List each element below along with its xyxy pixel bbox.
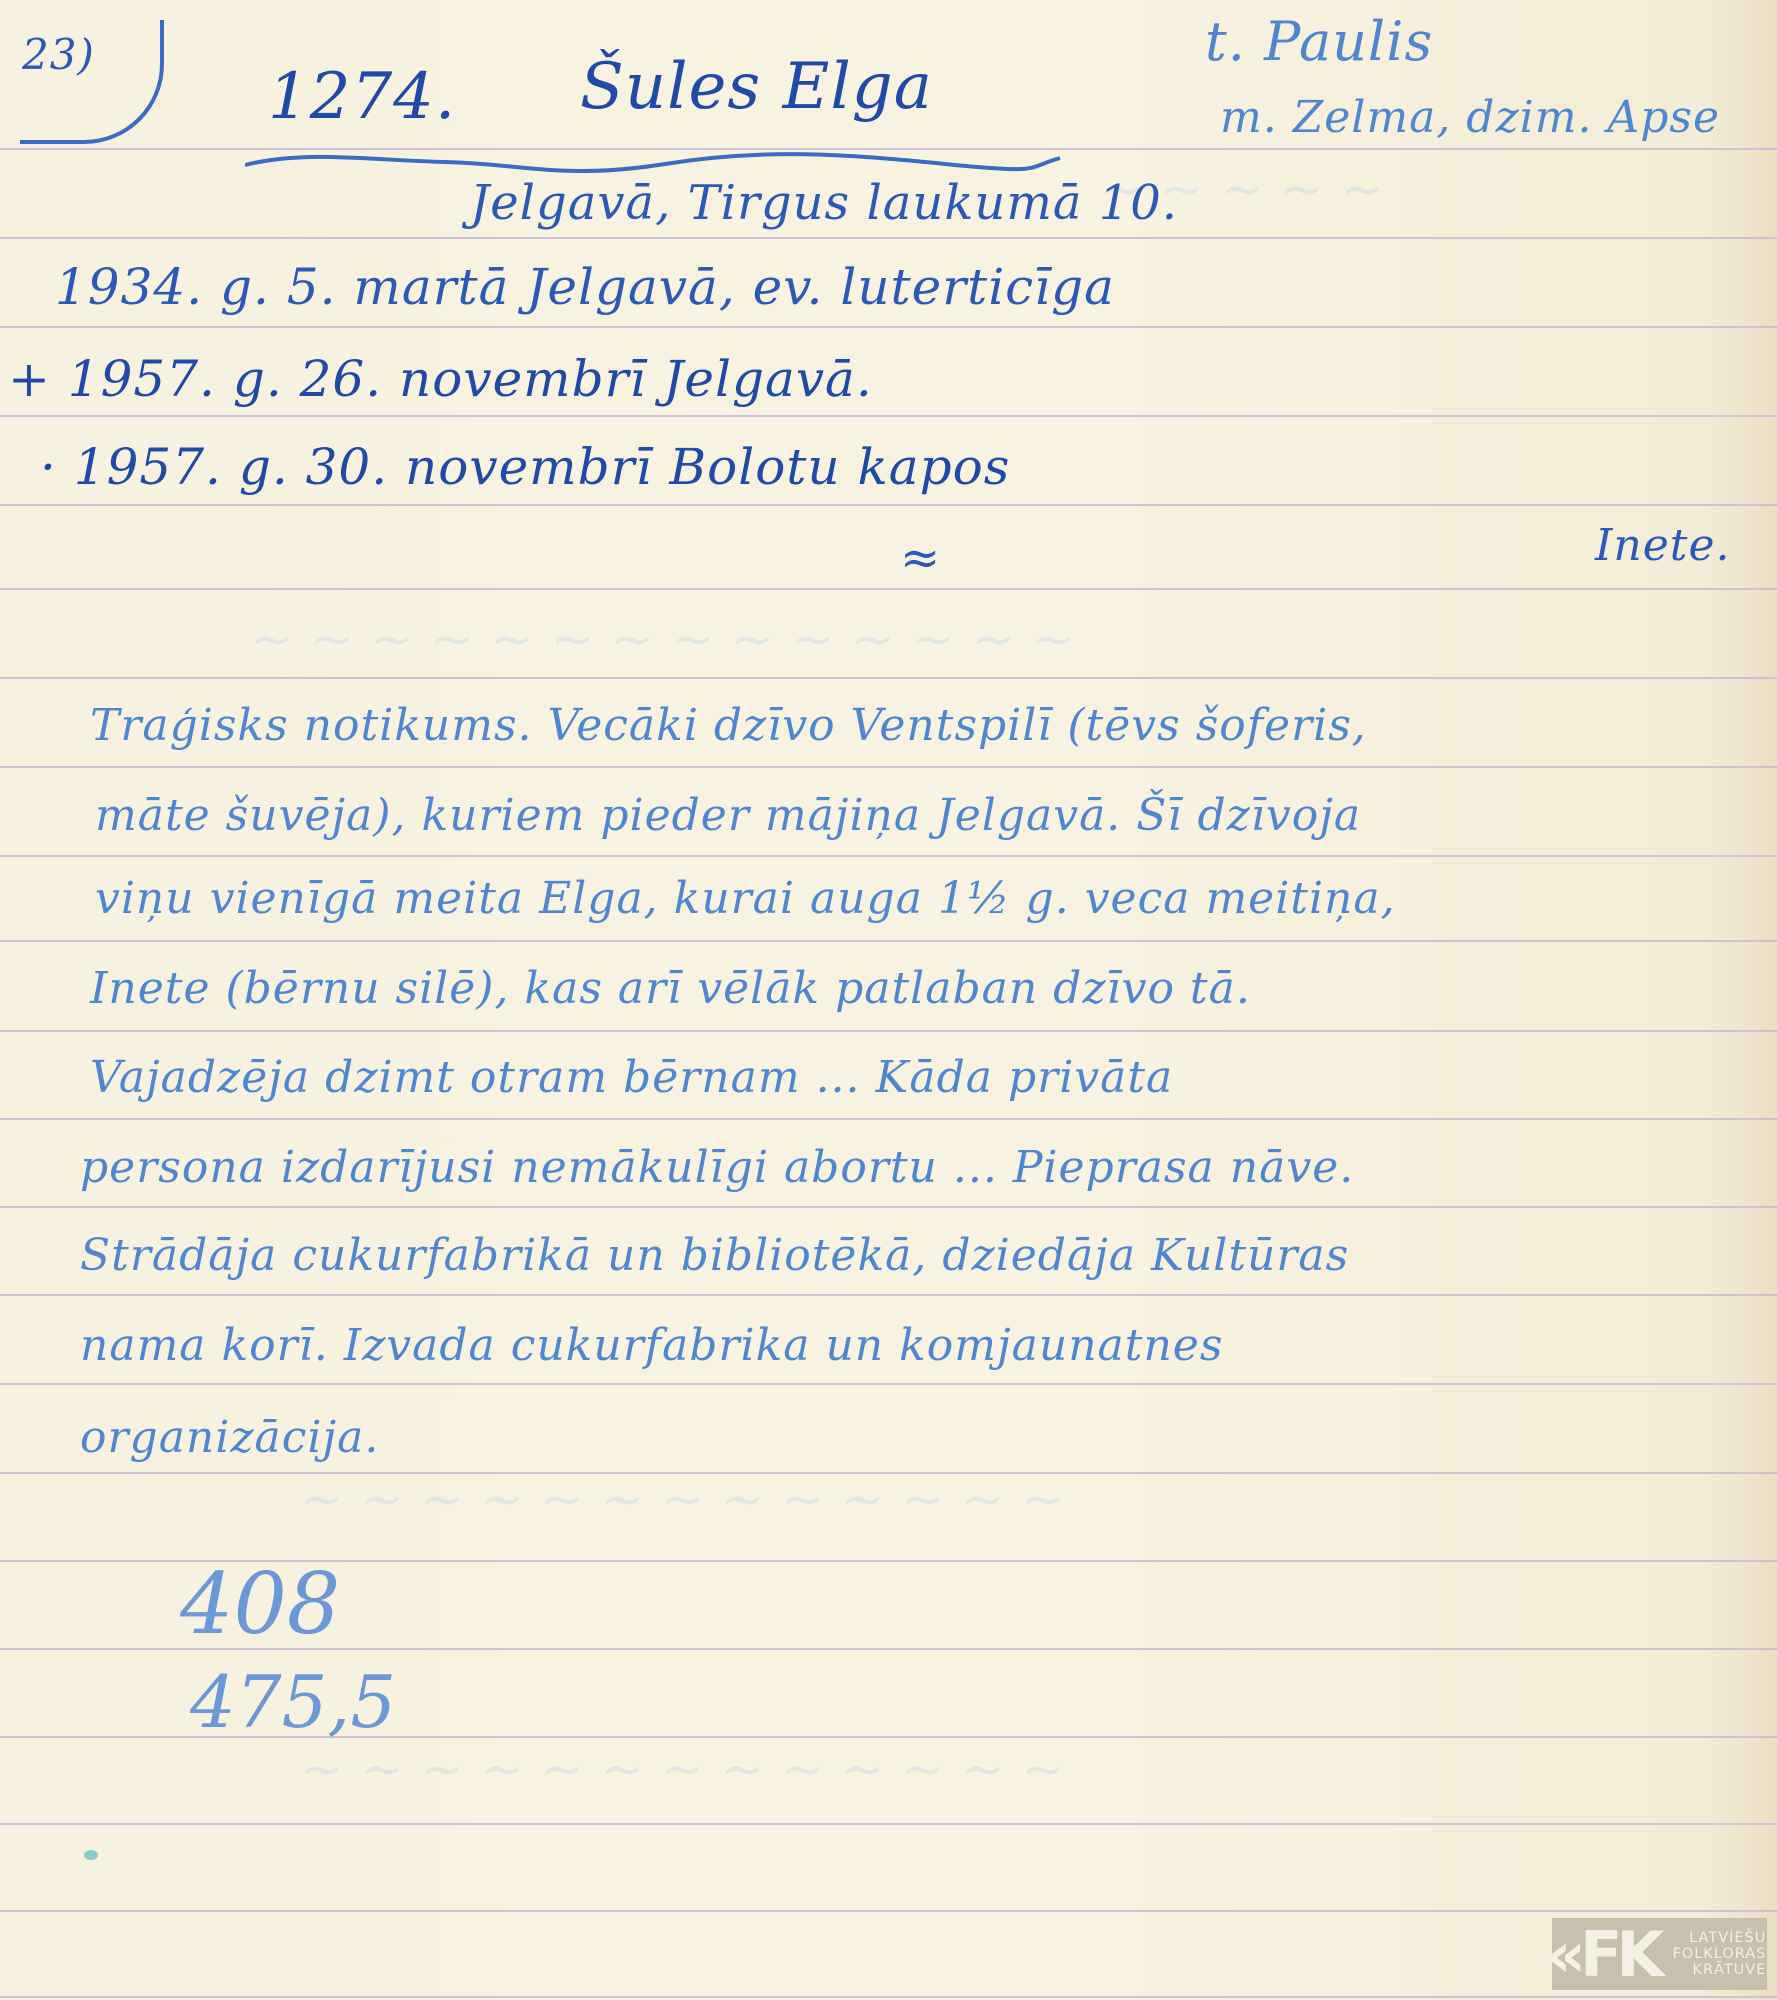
body-line: nama korī. Izvada cukurfabrika un komjau… bbox=[80, 1320, 1223, 1371]
approx-sign: ≈ bbox=[900, 530, 941, 586]
ruled-line bbox=[0, 1996, 1777, 1998]
ruled-line bbox=[0, 1383, 1777, 1385]
death-record: + 1957. g. 26. novembrī Jelgavā. bbox=[8, 350, 873, 408]
burial-record: · 1957. g. 30. novembrī Bolotu kapos bbox=[40, 438, 1010, 496]
ruled-line bbox=[0, 504, 1777, 506]
father-name: t. Paulis bbox=[1205, 10, 1433, 73]
ruled-line bbox=[0, 766, 1777, 768]
bleed-through-text: ~ ~ ~ ~ ~ ~ ~ ~ ~ ~ ~ ~ ~ bbox=[300, 1740, 1065, 1800]
ruled-line bbox=[0, 415, 1777, 417]
ruled-line bbox=[0, 1910, 1777, 1912]
archive-name: LATVIEŠU FOLKLORAS KRĀTUVE bbox=[1672, 1930, 1766, 1978]
body-line: Strādāja cukurfabrikā un bibliotēkā, dzi… bbox=[80, 1230, 1349, 1281]
person-name: Šules Elga bbox=[580, 50, 933, 124]
entry-number: 1274. bbox=[268, 60, 456, 134]
ruled-line bbox=[0, 1206, 1777, 1208]
archive-name-line: FOLKLORAS bbox=[1672, 1946, 1766, 1962]
archive-name-line: LATVIEŠU bbox=[1672, 1930, 1766, 1946]
ruled-line bbox=[0, 1118, 1777, 1120]
body-line: organizācija. bbox=[80, 1412, 379, 1463]
ruled-line bbox=[0, 940, 1777, 942]
body-line: viņu vienīgā meita Elga, kurai auga 1½ g… bbox=[95, 873, 1396, 924]
archive-name-line: KRĀTUVE bbox=[1672, 1962, 1766, 1978]
notebook-page: ~ ~ ~ ~ ~ ~ ~ ~ ~ ~ ~ ~ ~ ~ ~ ~ ~ ~ ~ ~ … bbox=[0, 0, 1777, 2000]
lfk-logo-icon: «FK bbox=[1546, 1918, 1658, 1991]
ink-spot bbox=[84, 1850, 98, 1860]
bleed-through-text: ~ ~ ~ ~ ~ ~ ~ ~ ~ ~ ~ ~ ~ bbox=[300, 1470, 1065, 1530]
ruled-line bbox=[0, 677, 1777, 679]
pencil-number: 408 bbox=[180, 1555, 340, 1653]
body-line: māte šuvēja), kuriem pieder mājiņa Jelga… bbox=[95, 790, 1361, 841]
ruled-line bbox=[0, 588, 1777, 590]
ruled-line bbox=[0, 855, 1777, 857]
page-number: 23) bbox=[22, 30, 95, 79]
ruled-line bbox=[0, 326, 1777, 328]
birth-record: 1934. g. 5. martā Jelgavā, ev. luterticī… bbox=[55, 258, 1115, 316]
daughter-name: Inete. bbox=[1595, 520, 1730, 571]
archive-logo: «FK LATVIEŠU FOLKLORAS KRĀTUVE bbox=[1552, 1918, 1767, 1990]
pencil-number: 475,5 bbox=[190, 1660, 396, 1744]
mother-name: m. Zelma, dzim. Apse bbox=[1220, 92, 1720, 143]
body-line: Vajadzēja dzimt otram bērnam ... Kāda pr… bbox=[90, 1052, 1173, 1103]
ruled-line bbox=[0, 1030, 1777, 1032]
ruled-line bbox=[0, 1294, 1777, 1296]
ruled-line bbox=[0, 237, 1777, 239]
body-line: persona izdarījusi nemākulīgi abortu ...… bbox=[80, 1142, 1354, 1193]
ruled-line bbox=[0, 1823, 1777, 1825]
address: Jelgavā, Tirgus laukumā 10. bbox=[470, 175, 1178, 231]
bleed-through-text: ~ ~ ~ ~ ~ ~ ~ ~ ~ ~ ~ ~ ~ ~ bbox=[250, 610, 1075, 670]
body-line: Inete (bērnu silē), kas arī vēlāk patlab… bbox=[90, 963, 1251, 1014]
body-line: Traģisks notikums. Vecāki dzīvo Ventspil… bbox=[90, 700, 1367, 751]
